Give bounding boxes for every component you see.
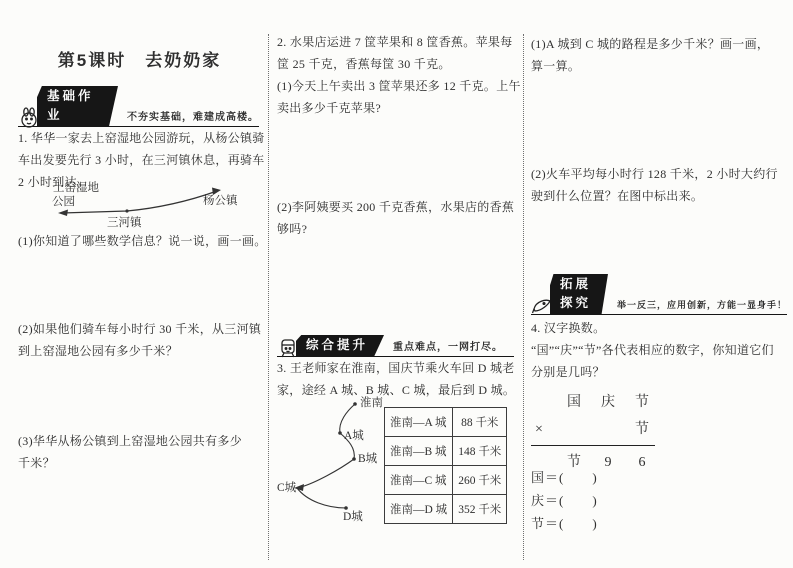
table-row: 淮南—A 城 88 千米 bbox=[385, 408, 507, 437]
column-1: 第5课时 去奶奶家 基础作业 不夯实基础，难建成高楼。 1. 华华一家去上窑湿地… bbox=[18, 0, 261, 568]
section-badge-exploration: 拓展探究 bbox=[550, 274, 608, 314]
label-city-d: D城 bbox=[343, 511, 363, 524]
section-slogan-exploration: 举一反三，应用创新，方能一显身手！ bbox=[617, 298, 787, 314]
mascot-rabbit-icon bbox=[18, 107, 40, 129]
worksheet-page: 第5课时 去奶奶家 基础作业 不夯实基础，难建成高楼。 1. 华华一家去上窑湿地… bbox=[0, 0, 793, 568]
question3-2-line1: (2)火车平均每小时行 128 千米，2 小时大约行 bbox=[531, 166, 778, 182]
question1-1: (1)你知道了哪些数学信息？说一说，画一画。 bbox=[18, 233, 267, 249]
problem1-text-line1: 1. 华华一家去上窑湿地公园游玩，从杨公镇骑 bbox=[18, 130, 265, 146]
page-title: 第5课时 去奶奶家 bbox=[18, 46, 261, 71]
multiply-sign: × bbox=[535, 416, 543, 443]
question3-1-line1: (1)A 城到 C 城的路程是多少千米？画一画， bbox=[531, 36, 769, 52]
section-header-basic: 基础作业 不夯实基础，难建成高楼。 bbox=[18, 104, 259, 127]
label-city-b: B城 bbox=[358, 453, 377, 466]
column-3: (1)A 城到 C 城的路程是多少千米？画一画， 算一算。 (2)火车平均每小时… bbox=[531, 0, 789, 568]
problem3-text-line1: 3. 王老师家在淮南，国庆节乘火车回 D 城老 bbox=[277, 360, 515, 376]
question3-1-line2: 算一算。 bbox=[531, 58, 580, 74]
label-park-line1: 上窑湿地 bbox=[53, 182, 99, 195]
problem1-text-line2: 车出发要先行 3 小时，在三河镇休息，再骑车 bbox=[18, 152, 265, 168]
product-digit-6: 6 bbox=[625, 449, 659, 476]
problem4-text-line1: “国”“庆”“节”各代表相应的数字，你知道它们 bbox=[531, 342, 774, 358]
question2-1-line1: (1)今天上午卖出 3 筐苹果还多 12 千克。上午 bbox=[277, 78, 521, 94]
distance-table: 淮南—A 城 88 千米 淮南—B 城 148 千米 淮南—C 城 260 千米… bbox=[384, 407, 507, 524]
section-header-exploration: 拓展探究 举一反三，应用创新，方能一显身手！ bbox=[531, 292, 787, 315]
section-header-comprehensive: 综合提升 重点难点，一网打尽。 bbox=[277, 334, 514, 357]
answer-blank-qing: 庆＝( ) bbox=[531, 493, 598, 509]
table-row: 淮南—D 城 352 千米 bbox=[385, 495, 507, 524]
problem2-text-line1: 2. 水果店运进 7 筐苹果和 8 筐香蕉。苹果每 bbox=[277, 34, 513, 50]
mascot-kid-icon bbox=[277, 337, 299, 359]
column-divider-1 bbox=[268, 34, 269, 560]
question2-2-line2: 够吗? bbox=[277, 221, 307, 237]
section-badge-basic: 基础作业 bbox=[37, 86, 118, 126]
multiplier-char: 节 bbox=[625, 416, 659, 443]
label-city-c: C城 bbox=[277, 482, 296, 495]
table-cell-distance: 148 千米 bbox=[453, 437, 507, 466]
char-guo: 国 bbox=[557, 389, 591, 416]
question1-3-line1: (3)华华从杨公镇到上窑湿地公园共有多少 bbox=[18, 433, 242, 449]
answer-blank-guo: 国＝( ) bbox=[531, 470, 598, 486]
problem4-title: 4. 汉字换数。 bbox=[531, 320, 605, 336]
table-row: 淮南—C 城 260 千米 bbox=[385, 466, 507, 495]
question1-3-line2: 千米？ bbox=[18, 455, 55, 471]
question1-2-line1: (2)如果他们骑车每小时行 30 千米，从三河镇 bbox=[18, 321, 261, 337]
arrowhead-right bbox=[212, 188, 221, 196]
multiplicand-row: 国 庆 节 bbox=[557, 389, 665, 416]
label-sanhe-town: 三河镇 bbox=[107, 217, 142, 230]
question1-2-line2: 到上窑湿地公园有多少千米？ bbox=[18, 343, 178, 359]
table-cell-route: 淮南—C 城 bbox=[385, 466, 453, 495]
char-qing: 庆 bbox=[591, 389, 625, 416]
problem2-text-line2: 筐 25 千克，香蕉每筐 30 千克。 bbox=[277, 56, 451, 72]
multiplier-row: × 节 bbox=[557, 416, 665, 443]
multiplication-problem: 国 庆 节 × 节 节 9 6 bbox=[533, 389, 665, 476]
char-jie: 节 bbox=[625, 389, 659, 416]
answer-blank-jie: 节＝( ) bbox=[531, 516, 598, 532]
table-cell-distance: 260 千米 bbox=[453, 466, 507, 495]
table-cell-route: 淮南—A 城 bbox=[385, 408, 453, 437]
section-badge-comprehensive: 综合提升 bbox=[296, 335, 384, 356]
label-yanggong-town: 杨公镇 bbox=[203, 195, 238, 208]
label-city-a: A城 bbox=[344, 430, 364, 443]
table-cell-distance: 88 千米 bbox=[453, 408, 507, 437]
multiplication-rule-line bbox=[531, 445, 655, 446]
column-2: 2. 水果店运进 7 筐苹果和 8 筐香蕉。苹果每 筐 25 千克，香蕉每筐 3… bbox=[277, 0, 516, 568]
table-row: 淮南—B 城 148 千米 bbox=[385, 437, 507, 466]
table-cell-route: 淮南—D 城 bbox=[385, 495, 453, 524]
mascot-explorer-icon bbox=[531, 295, 553, 317]
question2-1-line2: 卖出多少千克苹果? bbox=[277, 100, 381, 116]
label-huainan: 淮南 bbox=[360, 397, 383, 410]
question2-2-line1: (2)李阿姨要买 200 千克香蕉，水果店的香蕉 bbox=[277, 199, 514, 215]
table-cell-route: 淮南—B 城 bbox=[385, 437, 453, 466]
question3-2-line2: 驶到什么位置？在图中标出来。 bbox=[531, 188, 703, 204]
section-slogan-basic: 不夯实基础，难建成高楼。 bbox=[127, 108, 259, 126]
table-cell-distance: 352 千米 bbox=[453, 495, 507, 524]
label-park-line2: 公园 bbox=[52, 196, 75, 209]
arrowhead-left bbox=[58, 210, 68, 217]
problem4-text-line2: 分别是几吗？ bbox=[531, 364, 605, 380]
section-slogan-comprehensive: 重点难点，一网打尽。 bbox=[393, 338, 503, 356]
route-diagram-problem1: 上窑湿地 公园 杨公镇 三河镇 bbox=[44, 180, 256, 232]
column-divider-2 bbox=[523, 34, 524, 560]
